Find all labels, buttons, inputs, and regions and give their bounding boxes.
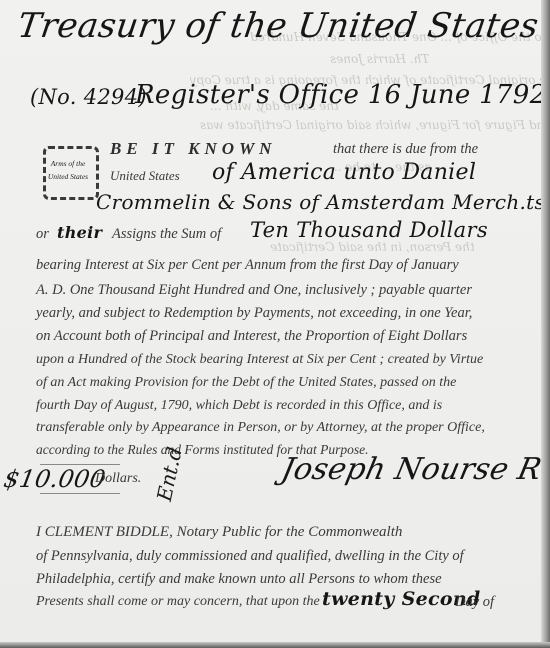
registry-office-date: Register's Office 16 June 1792 bbox=[135, 80, 546, 110]
notary-line-end: Day of bbox=[455, 594, 494, 611]
certificate-text: United States bbox=[110, 168, 180, 184]
certificate-text: or bbox=[36, 226, 49, 243]
certificate-text: that there is due from the bbox=[333, 141, 478, 158]
certificate-body-line: on Account both of Principal and Interes… bbox=[36, 328, 467, 345]
be-it-known-heading: BE IT KNOWN bbox=[110, 139, 276, 159]
bleed-through-text: were Word for Word and Figure for Figure… bbox=[200, 118, 550, 132]
notary-line: I CLEMENT BIDDLE, Notary Public for the … bbox=[36, 524, 402, 541]
registrar-signature: Joseph Nourse Reg.r bbox=[278, 452, 550, 487]
sum-handwritten: Ten Thousand Dollars bbox=[250, 218, 488, 242]
document-title: Treasury of the United States bbox=[15, 6, 541, 46]
page-edge-right bbox=[541, 0, 550, 648]
arms-seal: Arms of the United States bbox=[37, 140, 99, 200]
payee-handwritten: of America unto Daniel bbox=[212, 160, 476, 185]
seal-text-line2: United States bbox=[37, 172, 99, 181]
certificate-body-line: fourth Day of August, 1790, which Debt i… bbox=[36, 398, 442, 414]
certificate-body-line: bearing Interest at Six per Cent per Ann… bbox=[36, 257, 459, 274]
bleed-through-text: the Person, in the said Certificate bbox=[270, 240, 475, 254]
certificate-body-line: of an Act making Provision for the Debt … bbox=[36, 375, 456, 391]
document-page: Nathan Jones is sent to the Office of ..… bbox=[0, 0, 541, 642]
notary-line: of Pennsylvania, duly commissioned and q… bbox=[36, 548, 464, 565]
amount-rule-bottom bbox=[40, 493, 120, 494]
payee-handwritten: Crommelin & Sons of Amsterdam Merch.ts bbox=[96, 190, 545, 214]
certificate-body-line: transferable only by Appearance in Perso… bbox=[36, 420, 485, 436]
certificate-body-line: upon a Hundred of the Stock bearing Inte… bbox=[36, 352, 483, 368]
certificate-body-line: yearly, and subject to Redemption by Pay… bbox=[36, 305, 472, 322]
amount-label: Dollars. bbox=[95, 471, 141, 487]
certificate-body-line: A. D. One Thousand Eight Hundred and One… bbox=[36, 282, 472, 299]
registry-number: (No. 4294) bbox=[30, 85, 147, 109]
certificate-text: Assigns the Sum of bbox=[112, 226, 221, 243]
seal-text-line1: Arms of the bbox=[37, 159, 99, 168]
notary-line: Presents shall come or may concern, that… bbox=[36, 594, 320, 610]
amount-handwritten: $10.000 bbox=[2, 465, 108, 493]
page-edge-bottom bbox=[0, 642, 550, 648]
handwritten-their: their bbox=[57, 223, 102, 242]
bleed-through-text: Th. Harris Jones bbox=[330, 52, 429, 66]
notary-line: Philadelphia, certify and make known unt… bbox=[36, 571, 442, 588]
